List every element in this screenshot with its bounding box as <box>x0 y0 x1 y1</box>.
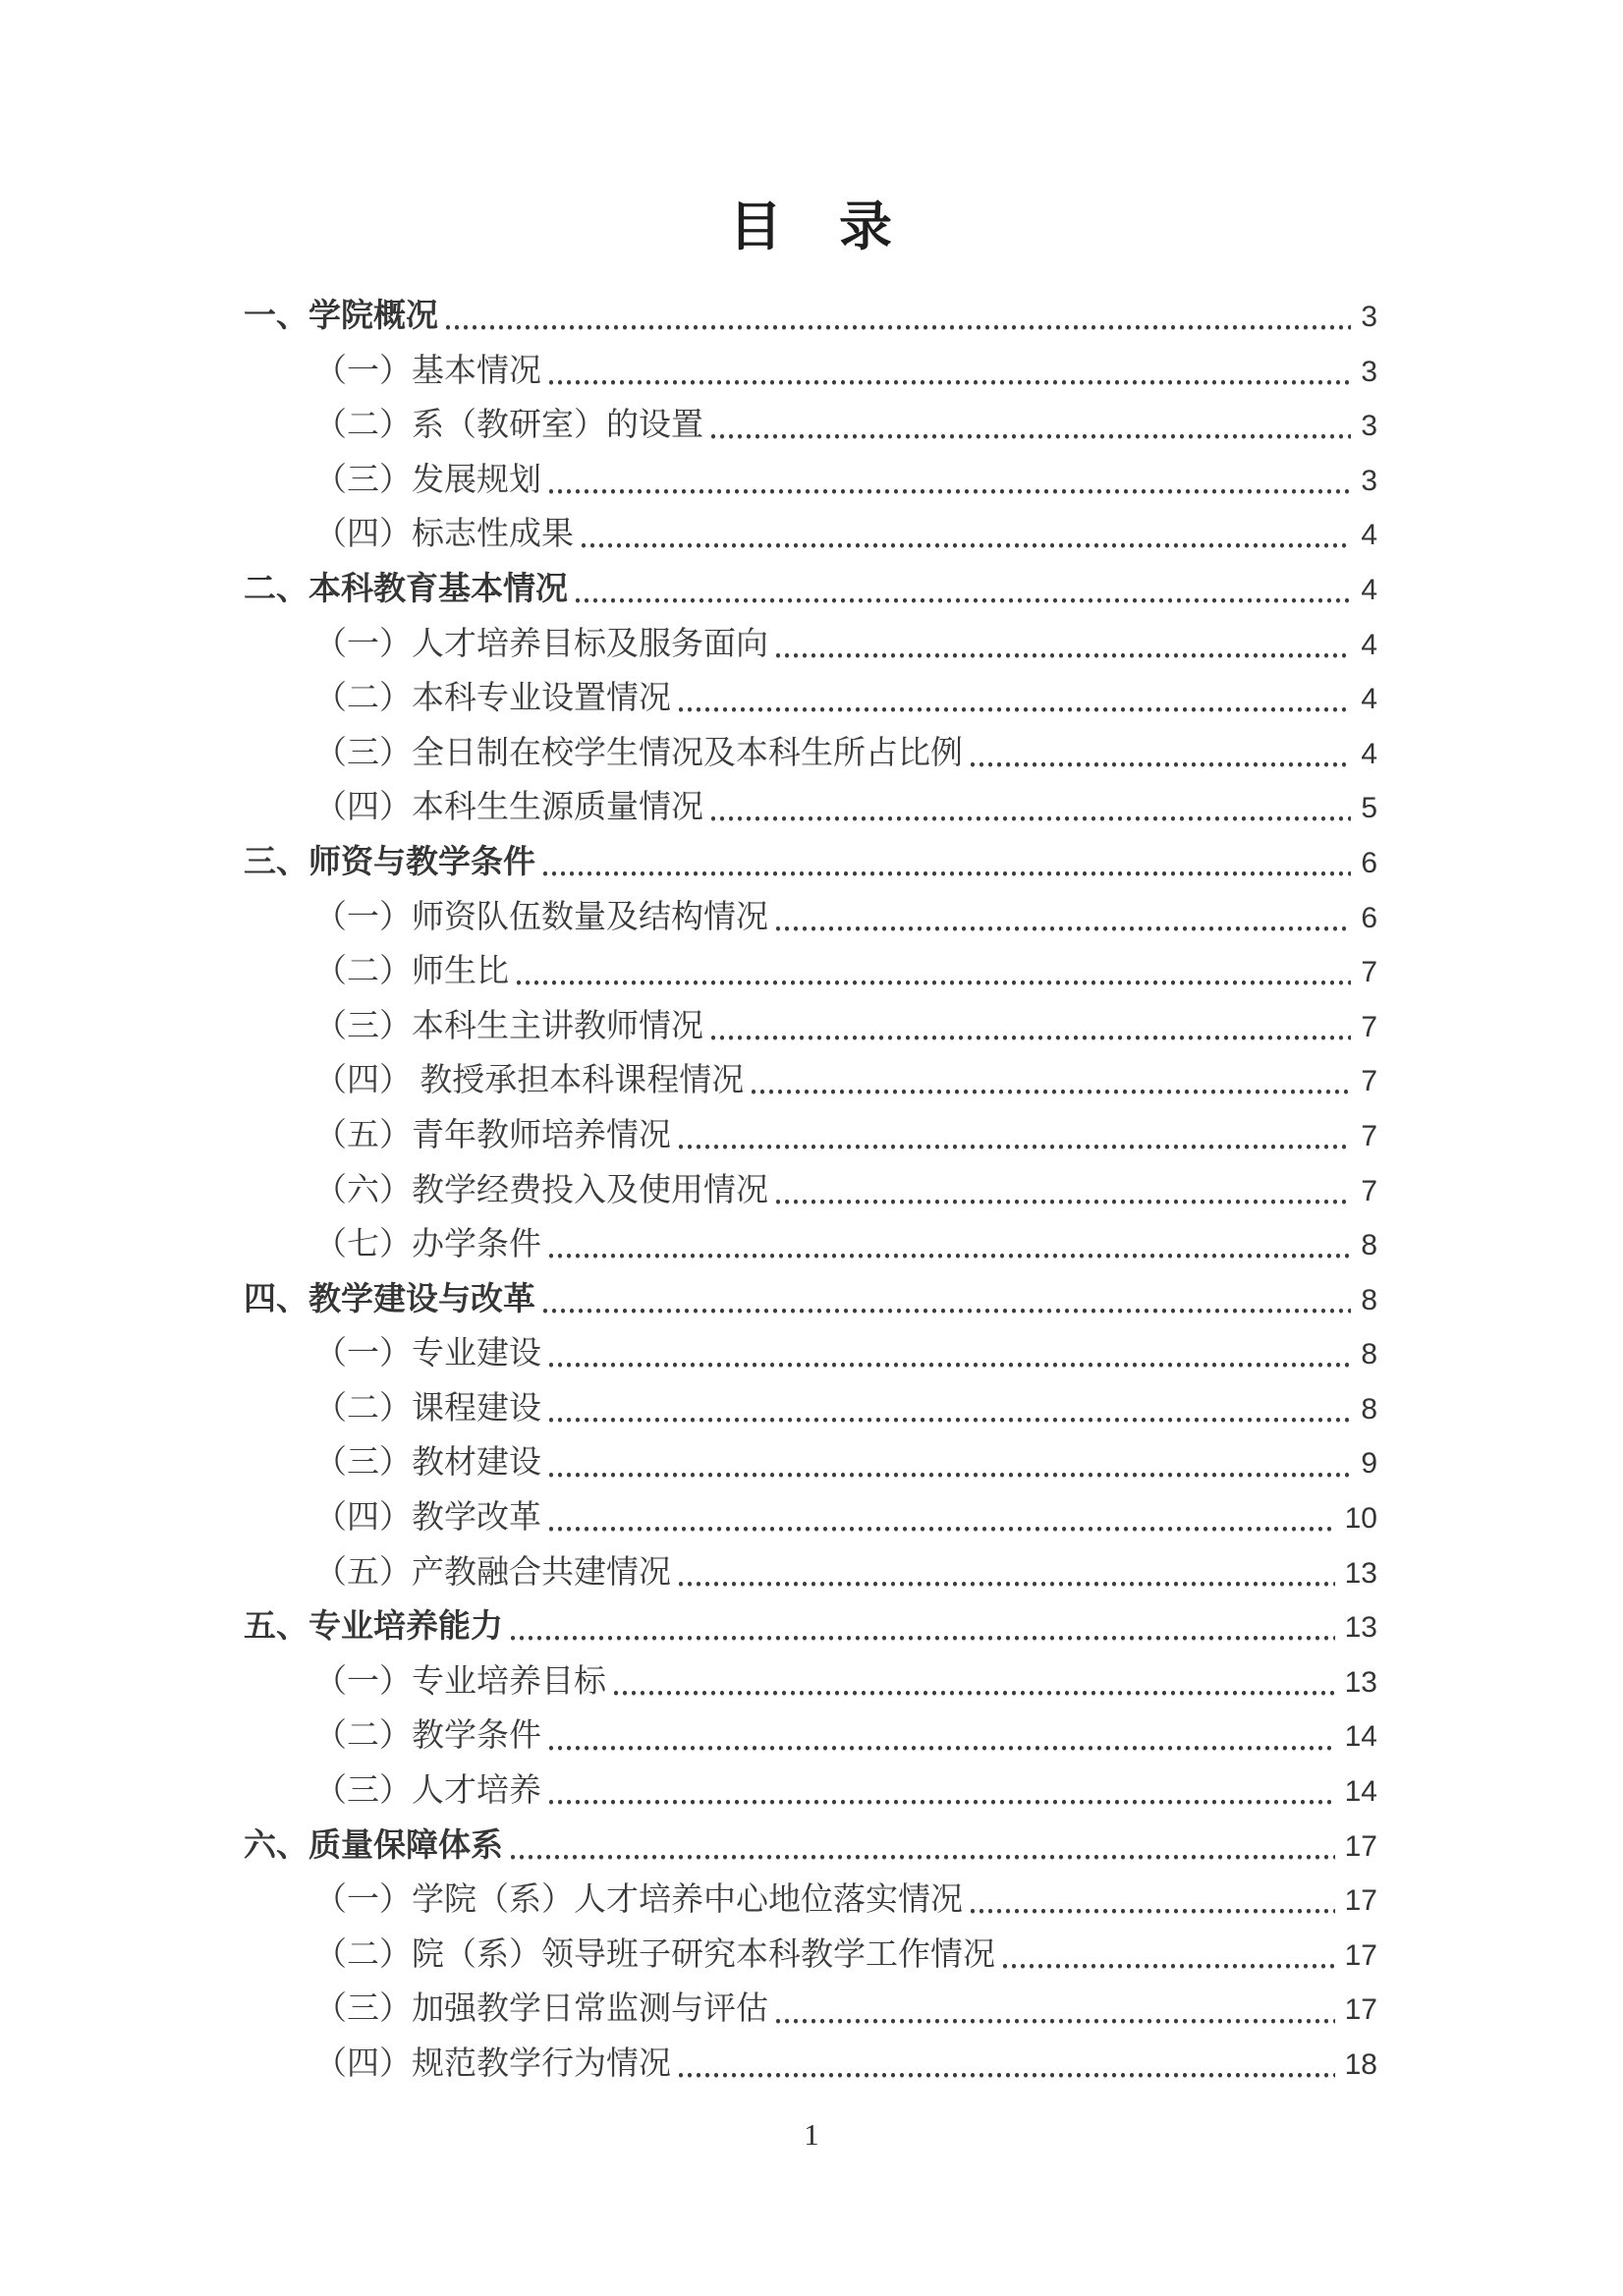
toc-entry-label: （二）教学条件 <box>314 1709 541 1764</box>
toc-entry-page: 7 <box>1361 1000 1377 1055</box>
toc-entry-label: （二）系（教研室）的设置 <box>314 399 703 454</box>
toc-entry-label: （五）产教融合共建情况 <box>314 1546 671 1601</box>
toc-entry-label: （二）师生比 <box>314 945 509 1000</box>
toc-entry[interactable]: 五、专业培养能力 13 <box>244 1600 1377 1655</box>
toc-entry-page: 7 <box>1361 945 1377 1000</box>
toc-entry[interactable]: （二）本科专业设置情况 4 <box>244 672 1377 727</box>
toc-entry-page: 14 <box>1345 1709 1377 1764</box>
toc-entry-page: 8 <box>1361 1382 1377 1437</box>
dotted-leader <box>543 836 1351 891</box>
toc-entry-page: 17 <box>1345 1820 1377 1875</box>
dotted-leader <box>776 1983 1335 2038</box>
toc-entry-page: 3 <box>1361 454 1377 509</box>
toc-entry[interactable]: 二、本科教育基本情况 4 <box>244 563 1377 618</box>
dotted-leader <box>1003 1929 1335 1984</box>
toc-entry-page: 18 <box>1345 2038 1377 2093</box>
toc-entry-label: （四）教学改革 <box>314 1491 541 1546</box>
dotted-leader <box>549 1327 1351 1382</box>
toc-entry-label: （二）本科专业设置情况 <box>314 672 671 727</box>
toc-entry[interactable]: （二）教学条件 14 <box>244 1709 1377 1764</box>
toc-entry-page: 4 <box>1361 563 1377 618</box>
toc-entry-label: 四、教学建设与改革 <box>244 1273 535 1328</box>
toc-entry-label: （三）人才培养 <box>314 1764 541 1820</box>
dotted-leader <box>549 345 1351 400</box>
toc-entry[interactable]: （一）基本情况 3 <box>244 345 1377 400</box>
toc-entry-page: 17 <box>1345 1874 1377 1929</box>
toc-entry-label: （四）本科生生源质量情况 <box>314 781 703 836</box>
toc-entry-page: 7 <box>1361 1109 1377 1164</box>
toc-entry[interactable]: 六、质量保障体系 17 <box>244 1820 1377 1875</box>
toc-entry[interactable]: 一、学院概况 3 <box>244 290 1377 345</box>
toc-entry-label: 三、师资与教学条件 <box>244 836 535 891</box>
toc-title: 目 录 <box>0 196 1623 257</box>
dotted-leader <box>679 2038 1335 2093</box>
toc-entry[interactable]: （二）系（教研室）的设置 3 <box>244 399 1377 454</box>
toc-entry-label: （一）基本情况 <box>314 345 541 400</box>
toc-entry-label: （二）课程建设 <box>314 1382 541 1437</box>
toc-entry-page: 4 <box>1361 618 1377 673</box>
dotted-leader <box>971 1874 1335 1929</box>
toc-entry[interactable]: （一）学院（系）人才培养中心地位落实情况 17 <box>244 1874 1377 1929</box>
toc-entry-label: 五、专业培养能力 <box>244 1600 503 1655</box>
dotted-leader <box>549 1709 1335 1764</box>
toc-entry-label: 二、本科教育基本情况 <box>244 563 568 618</box>
toc-entry[interactable]: （一）专业建设 8 <box>244 1327 1377 1382</box>
toc-entry-label: （一）人才培养目标及服务面向 <box>314 618 768 673</box>
toc-entry-label: （三）全日制在校学生情况及本科生所占比例 <box>314 727 963 782</box>
toc-entry[interactable]: 四、教学建设与改革 8 <box>244 1273 1377 1328</box>
footer-page-number: 1 <box>0 2115 1623 2155</box>
dotted-leader <box>549 1436 1351 1491</box>
dotted-leader <box>752 1054 1351 1109</box>
toc-entry-page: 8 <box>1361 1273 1377 1328</box>
toc-entry-label: （三）教材建设 <box>314 1436 541 1491</box>
toc-entry-label: （六）教学经费投入及使用情况 <box>314 1164 768 1219</box>
toc-entry[interactable]: （三）教材建设 9 <box>244 1436 1377 1491</box>
toc-entry[interactable]: （二）师生比 7 <box>244 945 1377 1000</box>
toc-entry-page: 13 <box>1345 1600 1377 1655</box>
dotted-leader <box>711 399 1351 454</box>
toc-entry[interactable]: （一）师资队伍数量及结构情况 6 <box>244 891 1377 946</box>
document-page: 目 录 一、学院概况 3 （一）基本情况 3 （二）系（教研室）的设置 3 （三… <box>0 0 1623 2296</box>
toc-entry[interactable]: （四）规范教学行为情况 18 <box>244 2038 1377 2093</box>
toc-entry-page: 8 <box>1361 1218 1377 1273</box>
dotted-leader <box>711 1000 1351 1055</box>
toc-entry-page: 6 <box>1361 836 1377 891</box>
toc-entry[interactable]: （三）人才培养 14 <box>244 1764 1377 1820</box>
toc-entry-page: 5 <box>1361 781 1377 836</box>
toc-entry-label: （一）师资队伍数量及结构情况 <box>314 891 768 946</box>
toc-entry[interactable]: （三）本科生主讲教师情况 7 <box>244 1000 1377 1055</box>
toc-entry[interactable]: （七）办学条件 8 <box>244 1218 1377 1273</box>
dotted-leader <box>511 1820 1335 1875</box>
toc-entry-label: （七）办学条件 <box>314 1218 541 1273</box>
toc-entry[interactable]: （三）加强教学日常监测与评估 17 <box>244 1983 1377 2038</box>
toc-entry[interactable]: （三）发展规划 3 <box>244 454 1377 509</box>
dotted-leader <box>549 1382 1351 1437</box>
toc-entry[interactable]: 三、师资与教学条件 6 <box>244 836 1377 891</box>
toc-entry-label: 一、学院概况 <box>244 290 438 345</box>
toc-entry-page: 7 <box>1361 1054 1377 1109</box>
dotted-leader <box>776 891 1351 946</box>
toc-entry-label: （五）青年教师培养情况 <box>314 1109 671 1164</box>
toc-entry[interactable]: （四）教学改革 10 <box>244 1491 1377 1546</box>
dotted-leader <box>549 454 1351 509</box>
toc-entry-page: 14 <box>1345 1764 1377 1820</box>
toc-entry[interactable]: （四）标志性成果 4 <box>244 508 1377 563</box>
dotted-leader <box>511 1600 1335 1655</box>
dotted-leader <box>776 618 1351 673</box>
toc-entry[interactable]: （二）课程建设 8 <box>244 1382 1377 1437</box>
toc-entry[interactable]: （四）本科生生源质量情况 5 <box>244 781 1377 836</box>
dotted-leader <box>549 1764 1335 1820</box>
toc-entry-page: 8 <box>1361 1327 1377 1382</box>
toc-entry-page: 17 <box>1345 1929 1377 1984</box>
toc-entry-page: 4 <box>1361 508 1377 563</box>
toc-entry[interactable]: （五）青年教师培养情况 7 <box>244 1109 1377 1164</box>
toc-entry-page: 10 <box>1345 1491 1377 1546</box>
dotted-leader <box>576 563 1351 618</box>
dotted-leader <box>549 1491 1335 1546</box>
toc-entry-page: 7 <box>1361 1164 1377 1219</box>
toc-entry-page: 13 <box>1345 1546 1377 1601</box>
toc-entry-page: 4 <box>1361 672 1377 727</box>
toc-entry-page: 17 <box>1345 1983 1377 2038</box>
toc-entry-label: （一）专业建设 <box>314 1327 541 1382</box>
toc-entry-page: 13 <box>1345 1655 1377 1710</box>
dotted-leader <box>549 1218 1351 1273</box>
toc-entry-page: 3 <box>1361 290 1377 345</box>
toc-entry-label: （四）规范教学行为情况 <box>314 2038 671 2093</box>
toc-entry[interactable]: （四） 教授承担本科课程情况 7 <box>244 1054 1377 1109</box>
toc-entry-label: 六、质量保障体系 <box>244 1820 503 1875</box>
toc-entry-page: 3 <box>1361 399 1377 454</box>
toc-entry[interactable]: （一）人才培养目标及服务面向 4 <box>244 618 1377 673</box>
dotted-leader <box>971 727 1351 782</box>
dotted-leader <box>679 1109 1351 1164</box>
dotted-leader <box>679 672 1351 727</box>
dotted-leader <box>711 781 1351 836</box>
toc-entry-label: （三）本科生主讲教师情况 <box>314 1000 703 1055</box>
toc-entry-label: （一）学院（系）人才培养中心地位落实情况 <box>314 1874 963 1929</box>
toc-list: 一、学院概况 3 （一）基本情况 3 （二）系（教研室）的设置 3 （三）发展规… <box>244 290 1377 2093</box>
dotted-leader <box>776 1164 1351 1219</box>
dotted-leader <box>517 945 1351 1000</box>
toc-entry-label: （四） 教授承担本科课程情况 <box>314 1054 744 1109</box>
toc-entry-label: （三）加强教学日常监测与评估 <box>314 1983 768 2038</box>
toc-entry[interactable]: （三）全日制在校学生情况及本科生所占比例 4 <box>244 727 1377 782</box>
toc-entry-page: 9 <box>1361 1436 1377 1491</box>
dotted-leader <box>614 1655 1335 1710</box>
toc-entry[interactable]: （一）专业培养目标 13 <box>244 1655 1377 1710</box>
toc-entry-label: （二）院（系）领导班子研究本科教学工作情况 <box>314 1929 995 1984</box>
toc-entry[interactable]: （五）产教融合共建情况 13 <box>244 1546 1377 1601</box>
toc-entry-label: （一）专业培养目标 <box>314 1655 606 1710</box>
toc-entry-page: 4 <box>1361 727 1377 782</box>
toc-entry-page: 6 <box>1361 891 1377 946</box>
toc-entry-label: （三）发展规划 <box>314 454 541 509</box>
toc-entry[interactable]: （六）教学经费投入及使用情况 7 <box>244 1164 1377 1219</box>
dotted-leader <box>446 290 1351 345</box>
toc-entry-page: 3 <box>1361 345 1377 400</box>
dotted-leader <box>543 1273 1351 1328</box>
toc-entry-label: （四）标志性成果 <box>314 508 574 563</box>
toc-entry[interactable]: （二）院（系）领导班子研究本科教学工作情况 17 <box>244 1929 1377 1984</box>
dotted-leader <box>679 1546 1335 1601</box>
dotted-leader <box>582 508 1351 563</box>
